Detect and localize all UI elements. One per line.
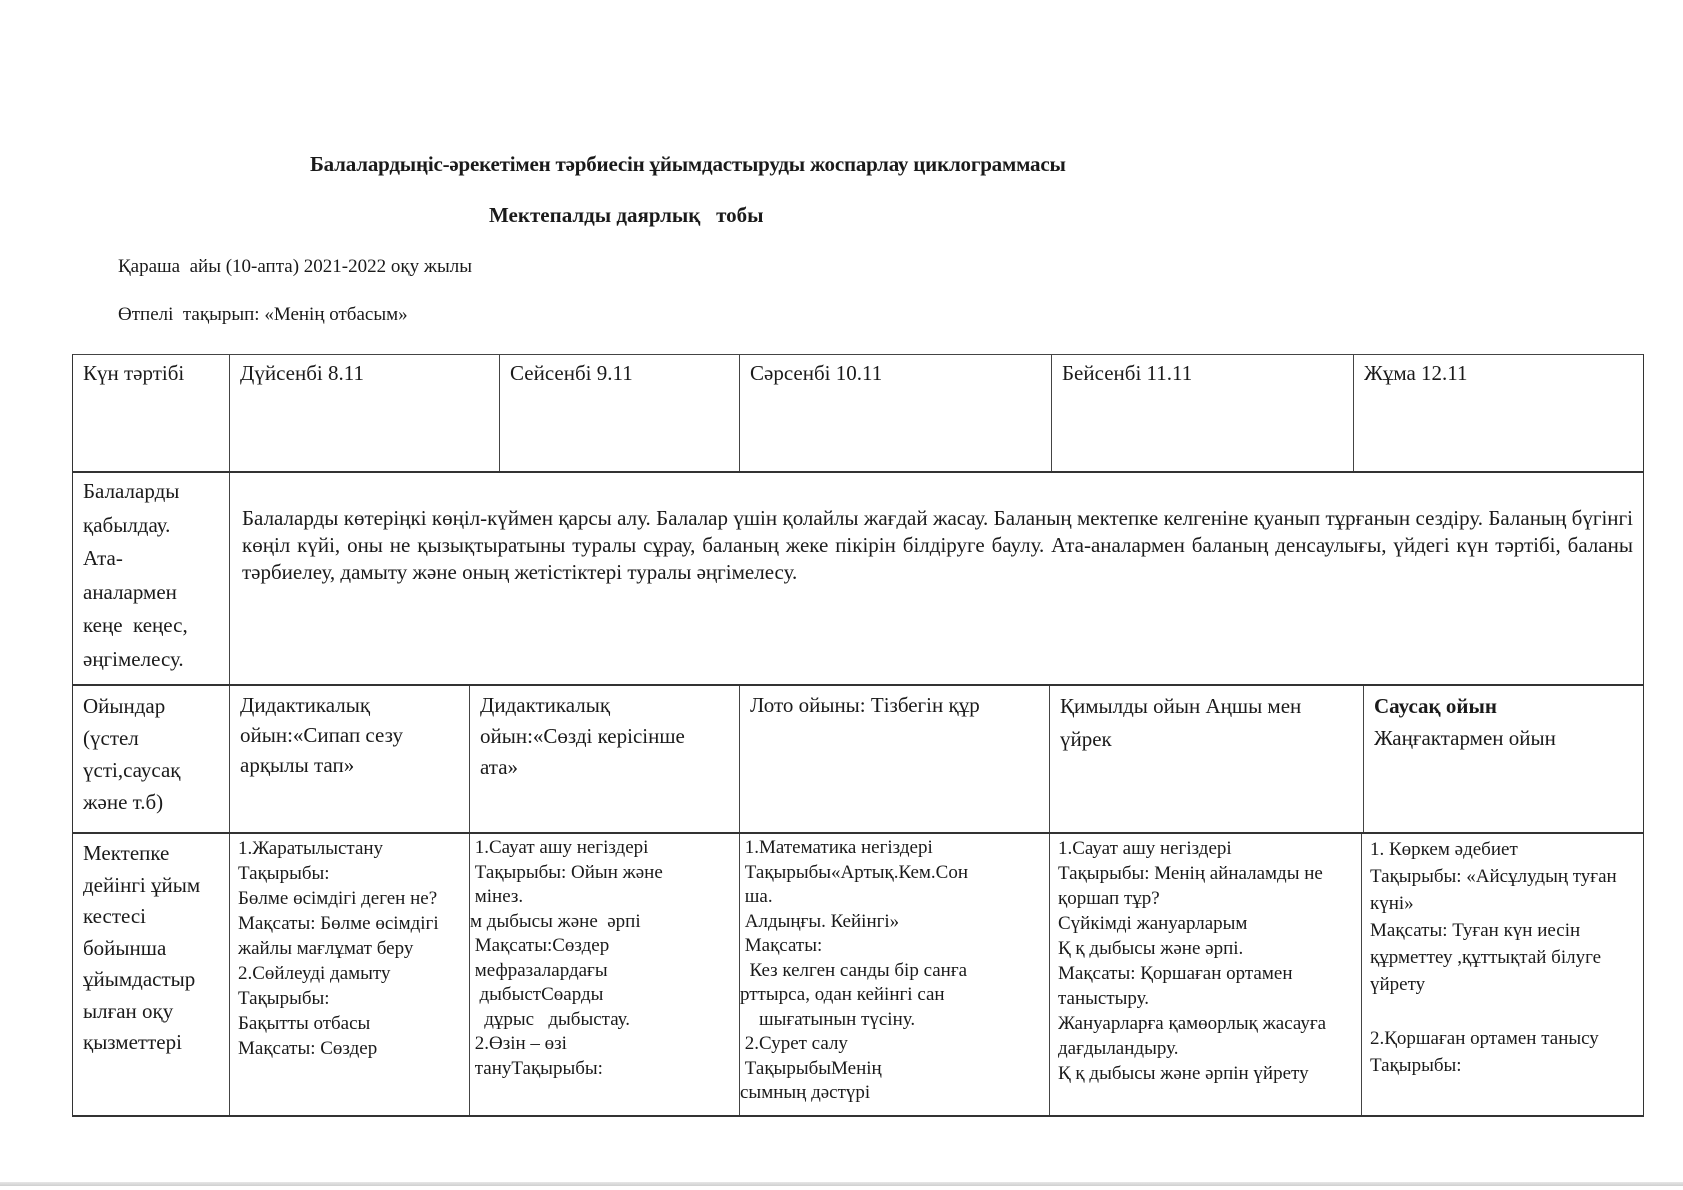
games-friday: Саусақ ойын Жаңғактармен ойын xyxy=(1363,686,1643,832)
education-label: Мектепке дейінгі ұйым кестесі бойынша ұй… xyxy=(73,834,229,1115)
reception-label: Балаларды қабылдау. Ата- аналармен кеңе … xyxy=(73,473,229,684)
games-tuesday: Дидактикалық ойын:«Сөзді керісінше ата» xyxy=(469,686,739,832)
games-friday-text: Жаңғактармен ойын xyxy=(1374,722,1633,754)
header-wednesday: Сәрсенбі 10.11 xyxy=(739,355,1051,471)
document-title: Балалардыңіс-әрекетімен тәрбиесін ұйымда… xyxy=(310,152,1066,177)
games-label: Ойындар (үстел үсті,саусақ және т.б) xyxy=(73,686,229,832)
education-wednesday: 1.Математика негіздері Тақырыбы«Артық.Ке… xyxy=(739,834,1049,1115)
header-day-schedule: Күн тәртібі xyxy=(73,355,229,471)
reception-description: Балаларды көтеріңкі көңіл-күймен қарсы а… xyxy=(229,473,1643,684)
education-friday: 1. Көркем әдебиет Тақырыбы: «Айсұлудың т… xyxy=(1361,834,1643,1115)
month-week: Қараша айы (10-апта) 2021-2022 оқу жылы xyxy=(118,256,472,278)
education-tuesday: 1.Сауат ашу негіздері Тақырыбы: Ойын жән… xyxy=(469,834,739,1115)
education-monday: 1.Жаратылыстану Тақырыбы: Бөлме өсімдігі… xyxy=(229,834,469,1115)
header-tuesday: Сейсенбі 9.11 xyxy=(499,355,739,471)
games-monday: Дидактикалық ойын:«Сипап сезу арқылы тап… xyxy=(229,686,469,832)
cyclogram-table: Күн тәртібі Дүйсенбі 8.11 Сейсенбі 9.11 … xyxy=(72,354,1644,1117)
group-name: Мектепалды даярлық тобы xyxy=(489,203,764,228)
header-monday: Дүйсенбі 8.11 xyxy=(229,355,499,471)
games-row: Ойындар (үстел үсті,саусақ және т.б) Дид… xyxy=(72,686,1644,834)
weekly-theme: Өтпелі тақырып: «Менің отбасым» xyxy=(118,304,408,326)
scan-edge xyxy=(0,1182,1683,1186)
education-thursday: 1.Сауат ашу негіздері Тақырыбы: Менің ай… xyxy=(1049,834,1361,1115)
header-row: Күн тәртібі Дүйсенбі 8.11 Сейсенбі 9.11 … xyxy=(72,354,1644,473)
education-row: Мектепке дейінгі ұйым кестесі бойынша ұй… xyxy=(72,834,1644,1117)
games-thursday: Қимылды ойын Аңшы мен үйрек xyxy=(1049,686,1363,832)
header-friday: Жұма 12.11 xyxy=(1353,355,1643,471)
games-wednesday: Лото ойыны: Тізбегін құр xyxy=(739,686,1049,832)
games-friday-title: Саусақ ойын xyxy=(1374,690,1633,722)
header-thursday: Бейсенбі 11.11 xyxy=(1051,355,1353,471)
reception-row: Балаларды қабылдау. Ата- аналармен кеңе … xyxy=(72,473,1644,686)
